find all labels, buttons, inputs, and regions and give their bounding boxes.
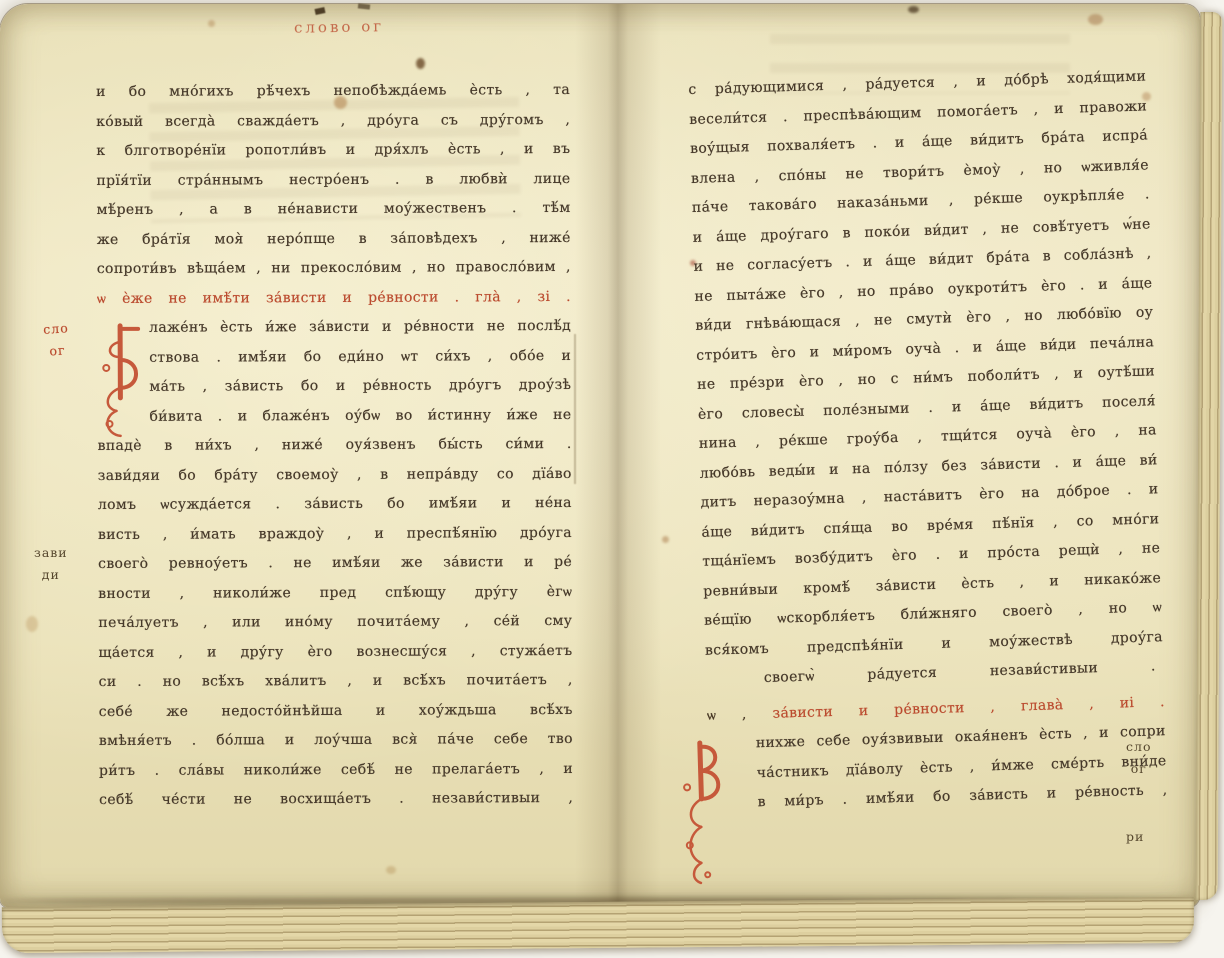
foxing-spot	[662, 536, 669, 543]
page-crease	[574, 334, 576, 484]
text-line: себѣ́ че́сти не восхища́етъ . незави́сти…	[99, 784, 573, 816]
left-page-text: и бо мно́гихъ рѣ́чехъ непобѣжда́емь ѐсть…	[96, 76, 573, 816]
foxing-spot	[1088, 14, 1103, 25]
foxing-spot	[908, 6, 919, 13]
text-line: же бра́тїя моя̀ неро́пще в за́повѣдехъ ,…	[97, 223, 571, 255]
text-line: вности , николи́же пред спѣ́ющу дру́гу ѐ…	[98, 577, 572, 609]
text-line: висть , и́мать враждоу̀ , и преспѣ́янїю …	[98, 518, 572, 550]
margin-note-red: сло ог	[42, 317, 70, 363]
text-line: и бо мно́гихъ рѣ́чехъ непобѣжда́емь ѐсть…	[96, 76, 570, 108]
book-scan: слово ог и бо мно́гихъ рѣ́чехъ непобѣжда…	[0, 0, 1224, 958]
margin-note-line: сло	[1126, 736, 1151, 758]
quire-signature: ри	[1126, 826, 1144, 848]
text-line: себе́ же недосто́йнѣйша и хоу́ждьша всѣ́…	[99, 695, 573, 727]
text-line: ри́тъ . сла́вы николи́же себѣ́ не прелаг…	[99, 754, 573, 786]
page-edges-bottom	[2, 897, 1194, 953]
text-line: ломъ ѡсужда́ется . за́висть бо имѣ́яи и …	[98, 489, 572, 521]
text-line: печа́луетъ , или ино́му почита́ему , се́…	[98, 607, 572, 639]
chapter-body: лаже́нъ ѐсть и́же за́висти и ре́вности н…	[97, 312, 573, 816]
text-line: прїя́тїи стра́ннымъ нестро́енъ . в любвѝ…	[96, 164, 570, 196]
text-line: вмѣня́етъ . бо́лша и лоу́чша вся̀ па́че …	[99, 725, 573, 757]
text-line: ща́ется , и дру́гу ѐго вознесшу́ся , сту…	[98, 636, 572, 668]
text-line: лаже́нъ ѐсть и́же за́висти и ре́вности н…	[97, 312, 571, 344]
chapter-body: нихже себе оуя́звивыи окая́ненъ ѐсть , и…	[707, 717, 1167, 819]
text-line: к блготворе́нїи ропотли́въ и дря́хлъ ѐст…	[96, 135, 570, 167]
text-line: ствова . имѣ́яи бо еди́но ѡт си́хъ , обо…	[97, 341, 571, 373]
text-line: своего̀ ревноу́етъ . не имѣ́яи же за́вис…	[98, 548, 572, 580]
text-line: ко́вый всегда̀ сважда́етъ , дро́уга съ д…	[96, 105, 570, 137]
right-page-text: с ра́дующимися , ра́дуется , и до́брѣ хо…	[688, 62, 1168, 819]
text-line: мѣ́ренъ , а в не́нависти моу́жественъ . …	[97, 194, 571, 226]
chapter-heading: ѡ ѐже не имѣ́ти за́висти и ре́вности . г…	[97, 282, 571, 314]
text-line: ма́ть , за́висть бо и ре́вность дро́угъ …	[97, 371, 571, 403]
page-edges-right	[1196, 12, 1223, 900]
margin-note-line: сло	[42, 317, 69, 341]
text-line: сопроти́въ вѣща́ем , ни прекосло́вим , н…	[97, 253, 571, 285]
open-book: слово ог и бо мно́гихъ рѣ́чехъ непобѣжда…	[0, 4, 1200, 908]
book-gutter	[575, 4, 661, 908]
margin-note-line: ог	[44, 339, 71, 363]
heading-prefix: ѡ ,	[707, 706, 747, 723]
foxing-spot	[208, 20, 215, 27]
margin-note-line: ди	[34, 564, 68, 586]
margin-note-line: ог	[1126, 758, 1151, 780]
text-line: си . но всѣ́хъ хва́литъ , и всѣ́хъ почит…	[99, 666, 573, 698]
text-line: би́вита . и блаже́нъ оу́бѡ во и́стинну и…	[97, 400, 571, 432]
ink-mark	[314, 7, 325, 15]
margin-note-word-number: сло ог	[1126, 736, 1151, 780]
heading-red-text: за́висти и ре́вности , глава̀ , иі .	[772, 694, 1165, 722]
running-header: слово ог	[294, 17, 384, 37]
margin-note-line: зави	[34, 542, 68, 564]
text-line: зави́дяи бо бра́ту своемоу̀ , в непра́вд…	[98, 459, 572, 491]
foxing-spot	[386, 866, 396, 874]
foxing-spot	[416, 58, 425, 69]
foxing-spot	[26, 616, 38, 632]
ink-mark	[358, 3, 370, 9]
margin-note-gloss: зави ди	[34, 542, 68, 586]
text-line: впадѐ в ни́хъ , ниже́ оуя́звенъ бы́сть с…	[98, 430, 572, 462]
